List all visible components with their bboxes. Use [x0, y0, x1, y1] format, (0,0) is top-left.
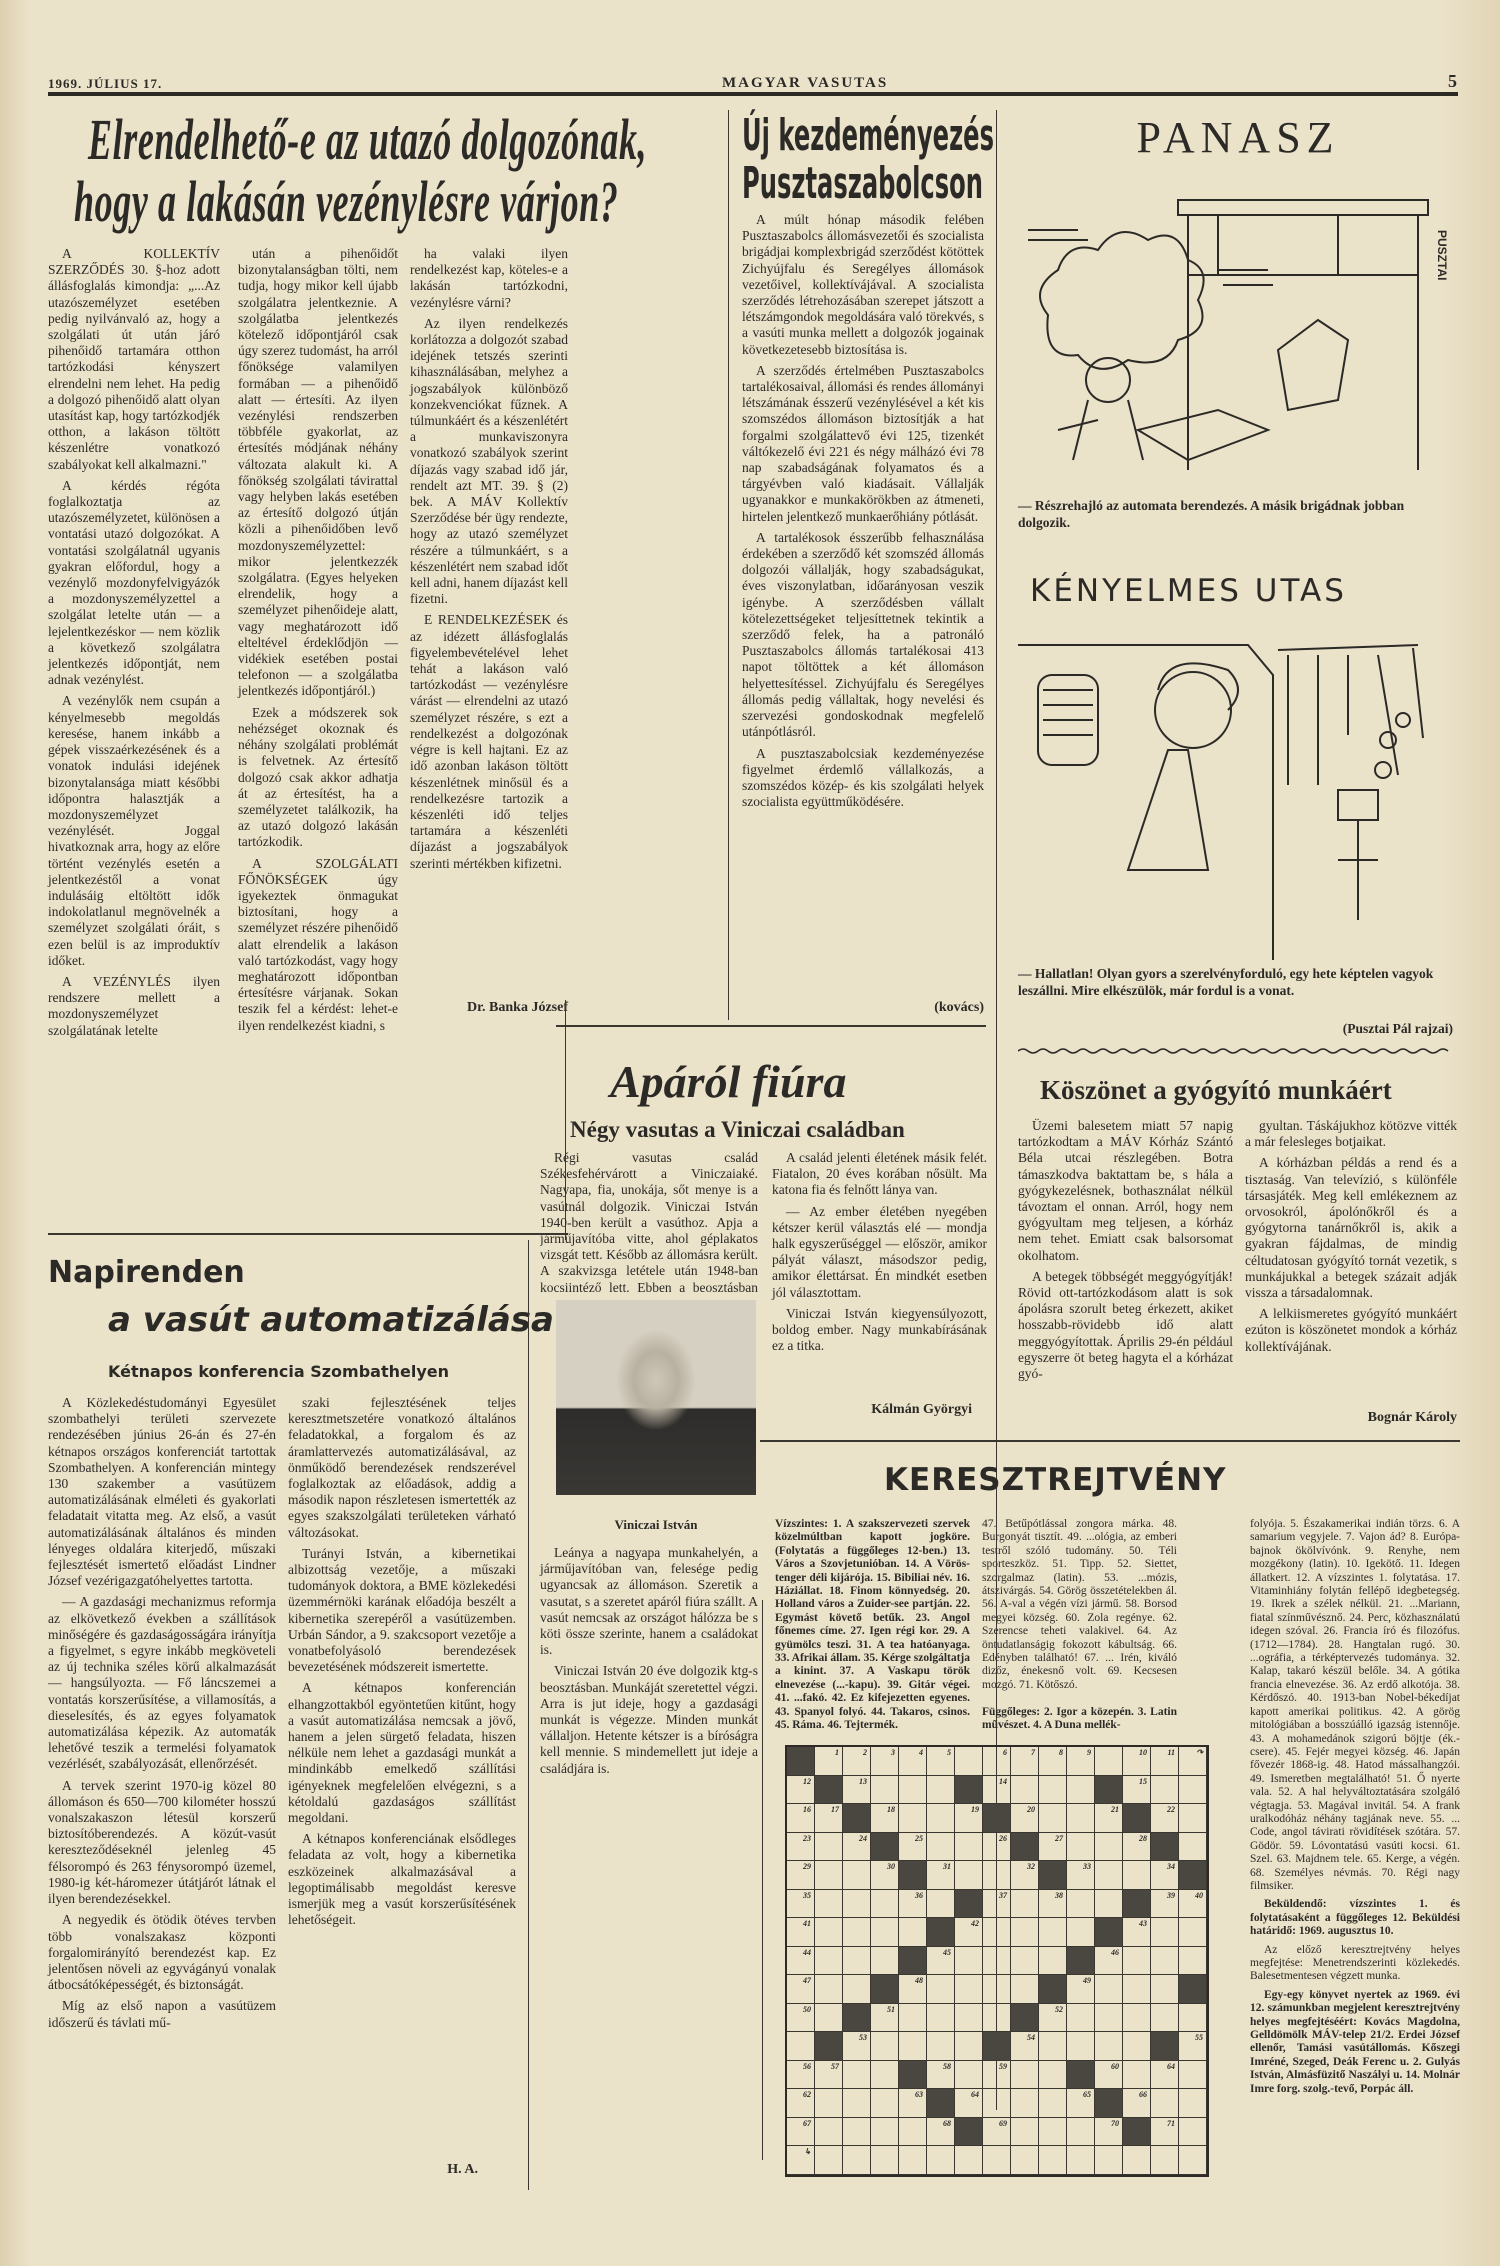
crossword-cell[interactable]: 22 — [1151, 1804, 1179, 1833]
crossword-cell[interactable] — [1011, 1975, 1039, 2004]
cell-number: 33 — [1083, 1862, 1091, 1871]
crossword-cell[interactable]: 39 — [1151, 1890, 1179, 1919]
crossword-cell[interactable]: 50 — [787, 2004, 815, 2033]
crossword-cell[interactable]: 28 — [1123, 1833, 1151, 1862]
crossword-cell[interactable] — [1151, 1918, 1179, 1947]
cell-number: 40 — [1195, 1891, 1203, 1900]
crossword-cell[interactable] — [1011, 1776, 1039, 1805]
crossword-cell[interactable] — [1179, 2118, 1207, 2147]
crossword-cell[interactable] — [955, 2146, 983, 2175]
crossword-cell[interactable] — [1039, 1804, 1067, 1833]
crossword-cell[interactable]: 31 — [927, 1861, 955, 1890]
crossword-cell[interactable]: 40 — [1179, 1890, 1207, 1919]
crossword-cell[interactable] — [1179, 1833, 1207, 1862]
cell-number: 44 — [803, 1948, 811, 1957]
crossword-cell[interactable]: 62 — [787, 2089, 815, 2118]
napirenden-headline-line2: a vasút automatizálása — [108, 1300, 554, 1340]
crossword-cell[interactable] — [871, 1890, 899, 1919]
crossword-cell[interactable] — [1039, 1918, 1067, 1947]
crossword-cell[interactable]: 18 — [871, 1804, 899, 1833]
crossword-block-cell — [899, 1947, 927, 1976]
crossword-cell[interactable] — [843, 1861, 871, 1890]
crossword-cell[interactable] — [871, 1776, 899, 1805]
crossword-cell[interactable]: 8 — [1039, 1747, 1067, 1776]
crossword-clues-across-1: Vízszintes: 1. A szakszervezeti szervek … — [775, 1518, 970, 1733]
crossword-cell[interactable]: 3 — [871, 1747, 899, 1776]
crossword-cell[interactable]: 48 — [899, 1975, 927, 2004]
crossword-cell[interactable] — [1067, 1804, 1095, 1833]
cell-number: 59 — [999, 2062, 1007, 2071]
crossword-cell[interactable] — [955, 1947, 983, 1976]
pusztaszabolcs-body: A múlt hónap második felében Pusztaszabo… — [742, 212, 984, 992]
cell-number: 2 — [863, 1748, 867, 1757]
crossword-cell[interactable] — [815, 1861, 843, 1890]
crossword-cell[interactable]: ↳ — [787, 2146, 815, 2175]
crossword-cell[interactable] — [1011, 1890, 1039, 1919]
crossword-cell[interactable] — [1123, 1947, 1151, 1976]
crossword-cell[interactable]: 41 — [787, 1918, 815, 1947]
crossword-cell[interactable]: 23 — [787, 1833, 815, 1862]
section-divider — [556, 1025, 986, 1027]
main-article-col2: után a pihenőidőt bizonytalanságban tölt… — [238, 246, 398, 1246]
crossword-cell[interactable] — [1039, 1776, 1067, 1805]
koszonet-byline: Bognár Károly — [1245, 1410, 1457, 1426]
crossword-cell[interactable]: 64 — [955, 2089, 983, 2118]
crossword-cell[interactable] — [1011, 2089, 1039, 2118]
clue-text: 47. Betűpótlással zongora márka. 48. Bur… — [982, 1518, 1177, 1691]
crossword-cell[interactable] — [843, 1947, 871, 1976]
cell-number: 43 — [1139, 1919, 1147, 1928]
crossword-cell[interactable] — [1011, 1918, 1039, 1947]
cell-number: 60 — [1111, 2062, 1119, 2071]
crossword-cell[interactable] — [815, 1947, 843, 1976]
crossword-cell[interactable] — [1179, 2089, 1207, 2118]
cell-number: 49 — [1083, 1976, 1091, 1985]
cell-number: 3 — [891, 1748, 895, 1757]
cell-number: 65 — [1083, 2090, 1091, 2099]
crossword-cell[interactable] — [955, 2032, 983, 2061]
crossword-cell[interactable] — [983, 2004, 1011, 2033]
crossword-cell[interactable]: 56 — [787, 2061, 815, 2090]
crossword-cell[interactable] — [1179, 2061, 1207, 2090]
crossword-cell[interactable] — [1151, 1776, 1179, 1805]
crossword-cell[interactable]: 42 — [955, 1918, 983, 1947]
crossword-cell[interactable] — [815, 2146, 843, 2175]
crossword-cell[interactable] — [1151, 2089, 1179, 2118]
crossword-cell[interactable] — [1095, 1975, 1123, 2004]
crossword-cell[interactable] — [1039, 2089, 1067, 2118]
cell-number: 16 — [803, 1805, 811, 1814]
crossword-block-cell — [1123, 1890, 1151, 1919]
crossword-cell[interactable] — [1067, 1833, 1095, 1862]
crossword-cell[interactable] — [843, 1975, 871, 2004]
crossword-cell[interactable] — [1011, 2146, 1039, 2175]
crossword-cell[interactable]: 7 — [1011, 1747, 1039, 1776]
crossword-cell[interactable] — [1067, 2146, 1095, 2175]
crossword-cell[interactable] — [955, 1861, 983, 1890]
crossword-block-cell — [1067, 2061, 1095, 2090]
crossword-cell[interactable] — [899, 2032, 927, 2061]
crossword-block-cell — [983, 2032, 1011, 2061]
masthead-rule — [48, 92, 1458, 96]
crossword-cell[interactable]: 12 — [787, 1776, 815, 1805]
crossword-cell[interactable]: ↷ — [1179, 1747, 1207, 1776]
crossword-cell[interactable]: 59 — [983, 2061, 1011, 2090]
crossword-cell[interactable]: 65 — [1067, 2089, 1095, 2118]
napirenden-byline: H. A. — [288, 2162, 478, 2178]
aparol-col1-bottom: Leánya a nagyapa munkahelyén, a járműjav… — [540, 1545, 758, 1782]
crossword-cell[interactable]: 68 — [927, 2118, 955, 2147]
crossword-cell[interactable] — [871, 2089, 899, 2118]
crossword-block-cell — [899, 1861, 927, 1890]
crossword-cell[interactable] — [955, 2004, 983, 2033]
crossword-cell[interactable]: 2 — [843, 1747, 871, 1776]
crossword-cell[interactable] — [955, 1747, 983, 1776]
crossword-cell[interactable] — [1123, 1861, 1151, 1890]
newspaper-title: MAGYAR VASUTAS — [722, 75, 888, 92]
cell-number: 69 — [999, 2119, 1007, 2128]
cell-number: 11 — [1167, 1748, 1175, 1757]
crossword-cell[interactable]: 27 — [1039, 1833, 1067, 1862]
crossword-cell[interactable] — [1095, 2032, 1123, 2061]
panasz-caption: — Részrehajló az automata berendezés. A … — [1018, 497, 1458, 531]
crossword-cell[interactable] — [1011, 1947, 1039, 1976]
crossword-cell[interactable] — [1179, 2146, 1207, 2175]
cell-number: 36 — [915, 1891, 923, 1900]
main-article-col3: ha valaki ilyen rendelkezést kap, kötele… — [410, 246, 568, 926]
crossword-cell[interactable] — [1011, 2061, 1039, 2090]
crossword-cell[interactable] — [1095, 1890, 1123, 1919]
paragraph: Az ilyen rendelkezés korlátozza a dolgoz… — [410, 316, 568, 608]
crossword-cell[interactable] — [983, 2146, 1011, 2175]
cell-number: 4 — [919, 1748, 923, 1757]
cell-number: 54 — [1027, 2033, 1035, 2042]
crossword-cell[interactable]: 46 — [1095, 1947, 1123, 1976]
crossword-cell[interactable] — [1123, 2032, 1151, 2061]
crossword-cell[interactable] — [927, 1804, 955, 1833]
crossword-cell[interactable] — [1151, 1947, 1179, 1976]
crossword-cell[interactable] — [871, 1918, 899, 1947]
section-divider — [760, 1440, 1460, 1442]
crossword-block-cell — [1039, 1975, 1067, 2004]
crossword-cell[interactable]: 35 — [787, 1890, 815, 1919]
crossword-cell[interactable] — [1039, 2146, 1067, 2175]
cell-number: 12 — [803, 1777, 811, 1786]
crossword-cell[interactable] — [1067, 2118, 1095, 2147]
crossword-cell[interactable]: 26 — [983, 1833, 1011, 1862]
crossword-cell[interactable]: 69 — [983, 2118, 1011, 2147]
cell-number: 47 — [803, 1976, 811, 1985]
crossword-cell[interactable] — [1039, 2118, 1067, 2147]
paragraph: Üzemi balesetem miatt 57 napig tartózkod… — [1018, 1118, 1233, 1264]
paragraph: A kérdés régóta foglalkoztatja az utazós… — [48, 478, 220, 689]
crossword-cell[interactable] — [1179, 1947, 1207, 1976]
crossword-cell[interactable] — [1095, 2004, 1123, 2033]
paragraph: A tartalékosok ésszerűbb felhasználása é… — [742, 530, 984, 741]
crossword-cell[interactable] — [815, 2089, 843, 2118]
crossword-cell[interactable]: 64 — [1151, 2061, 1179, 2090]
cell-number: 17 — [831, 1805, 839, 1814]
crossword-cell[interactable]: 47 — [787, 1975, 815, 2004]
crossword-block-cell — [1011, 1833, 1039, 1862]
crossword-cell[interactable]: 10 — [1123, 1747, 1151, 1776]
crossword-cell[interactable] — [983, 1861, 1011, 1890]
crossword-cell[interactable]: 37 — [983, 1890, 1011, 1919]
crossword-cell[interactable] — [1067, 2004, 1095, 2033]
crossword-cell[interactable]: 43 — [1123, 1918, 1151, 1947]
aparol-byline: Kálmán Györgyi — [772, 1402, 972, 1418]
paragraph: A kétnapos konferencián elhangzottakból … — [288, 1680, 516, 1826]
paragraph: Leánya a nagyapa munkahelyén, a járműjav… — [540, 1545, 758, 1658]
cell-number: ↳ — [804, 2147, 811, 2156]
crossword-cell[interactable]: 54 — [1011, 2032, 1039, 2061]
main-headline-line1: Elrendelhető-e az utazó dolgozónak, — [88, 110, 647, 170]
crossword-cell[interactable] — [1095, 1833, 1123, 1862]
crossword-cell[interactable] — [1095, 2146, 1123, 2175]
crossword-block-cell — [1011, 2004, 1039, 2033]
crossword-cell[interactable]: 36 — [899, 1890, 927, 1919]
kenyelmes-title: KÉNYELMES UTAS — [1030, 573, 1470, 609]
napirenden-subhead: Kétnapos konferencia Szombathelyen — [108, 1362, 449, 1381]
crossword-cell[interactable]: 45 — [927, 1947, 955, 1976]
crossword-cell[interactable] — [815, 1833, 843, 1862]
cell-number: 64 — [1167, 2062, 1175, 2071]
crossword-cell[interactable] — [1123, 2061, 1151, 2090]
paragraph: Míg az első napon a vasútüzem időszerű é… — [48, 1998, 276, 2030]
crossword-cell[interactable] — [1039, 2061, 1067, 2090]
crossword-cell[interactable] — [1095, 1861, 1123, 1890]
crossword-cell[interactable]: 38 — [1039, 1890, 1067, 1919]
crossword-cell[interactable]: 17 — [815, 1804, 843, 1833]
crossword-cell[interactable] — [899, 2004, 927, 2033]
crossword-cell[interactable]: 20 — [1011, 1804, 1039, 1833]
cell-number: 18 — [887, 1805, 895, 1814]
crossword-cell[interactable]: 11 — [1151, 1747, 1179, 1776]
crossword-cell[interactable]: 30 — [871, 1861, 899, 1890]
crossword-cell[interactable]: 4 — [899, 1747, 927, 1776]
cell-number: 67 — [803, 2119, 811, 2128]
cell-number: 48 — [915, 1976, 923, 1985]
paragraph: A vezénylők nem csupán a kényelmesebb me… — [48, 693, 220, 968]
crossword-cell[interactable] — [1123, 2146, 1151, 2175]
crossword-cell[interactable]: 55 — [1179, 2032, 1207, 2061]
crossword-cell[interactable] — [815, 2118, 843, 2147]
crossword-cell[interactable] — [927, 2146, 955, 2175]
crossword-cell[interactable]: 13 — [843, 1776, 871, 1805]
crossword-cell[interactable] — [815, 2004, 843, 2033]
crossword-cell[interactable] — [871, 2032, 899, 2061]
paragraph: szaki fejlesztésének teljes keresztmetsz… — [288, 1395, 516, 1541]
crossword-cell[interactable] — [1039, 2032, 1067, 2061]
crossword-cell[interactable] — [843, 2061, 871, 2090]
cell-number: 45 — [943, 1948, 951, 1957]
cell-number: 50 — [803, 2005, 811, 2014]
cell-number: ↷ — [1196, 1748, 1203, 1757]
aparol-subhead: Négy vasutas a Viniczai családban — [570, 1117, 905, 1143]
crossword-cell[interactable] — [1011, 2118, 1039, 2147]
crossword-cell[interactable] — [843, 2118, 871, 2147]
cell-number: 55 — [1195, 2033, 1203, 2042]
cell-number: 46 — [1111, 1948, 1119, 1957]
crossword-cell[interactable] — [787, 2032, 815, 2061]
crossword-cell[interactable] — [1179, 1776, 1207, 1805]
crossword-cell[interactable]: 63 — [899, 2089, 927, 2118]
crossword-cell[interactable]: 52 — [1039, 2004, 1067, 2033]
crossword-clues-across-2: 47. Betűpótlással zongora márka. 48. Bur… — [982, 1518, 1177, 1733]
crossword-cell[interactable]: 51 — [871, 2004, 899, 2033]
crossword-grid[interactable]: 1234567891011↷12131415161718192021222324… — [785, 1745, 1209, 2177]
napirenden-col2: szaki fejlesztésének teljes keresztmetsz… — [288, 1395, 516, 1934]
crossword-cell[interactable] — [899, 1918, 927, 1947]
crossword-cell[interactable] — [1151, 2004, 1179, 2033]
crossword-cell[interactable] — [871, 2118, 899, 2147]
crossword-cell[interactable] — [815, 1890, 843, 1919]
crossword-cell[interactable] — [843, 1890, 871, 1919]
paragraph: A szerződés értelmében Pusztaszabolcs ta… — [742, 363, 984, 525]
crossword-cell[interactable] — [1179, 1918, 1207, 1947]
crossword-cell[interactable]: 21 — [1095, 1804, 1123, 1833]
crossword-block-cell — [871, 1975, 899, 2004]
crossword-cell[interactable] — [899, 1776, 927, 1805]
crossword-title: KERESZTREJTVÉNY — [884, 1462, 1226, 1498]
crossword-cell[interactable] — [983, 2089, 1011, 2118]
paragraph: — Az ember életében nyegében kétszer ker… — [772, 1204, 987, 1301]
crossword-cell[interactable] — [843, 2089, 871, 2118]
kenyelmes-cartoon-illustration — [1018, 640, 1458, 960]
crossword-cell[interactable] — [871, 2061, 899, 2090]
crossword-cell[interactable]: 70 — [1095, 2118, 1123, 2147]
cell-number: 38 — [1055, 1891, 1063, 1900]
cartoon-credit: (Pusztai Pál rajzai) — [1018, 1020, 1453, 1037]
crossword-cell[interactable]: 24 — [843, 1833, 871, 1862]
crossword-cell[interactable] — [843, 2146, 871, 2175]
cell-number: 51 — [887, 2005, 895, 2014]
crossword-cell[interactable] — [1123, 1975, 1151, 2004]
cell-number: 52 — [1055, 2005, 1063, 2014]
clue-text: Függőleges: 2. Igor a közepén. 3. Latin … — [982, 1706, 1177, 1731]
crossword-cell[interactable] — [927, 1776, 955, 1805]
paragraph: Turányi István, a kibernetikai albizotts… — [288, 1546, 516, 1676]
crossword-cell[interactable] — [983, 1918, 1011, 1947]
cell-number: 8 — [1059, 1748, 1063, 1757]
masthead: 1969. JÚLIUS 17. MAGYAR VASUTAS 5 — [48, 66, 1458, 92]
crossword-cell[interactable] — [1151, 2146, 1179, 2175]
crossword-cell[interactable]: 9 — [1067, 1747, 1095, 1776]
crossword-cell[interactable]: 49 — [1067, 1975, 1095, 2004]
aparol-headline: Apáról fiúra — [610, 1055, 846, 1108]
page-number: 5 — [1448, 71, 1458, 92]
cell-number: 62 — [803, 2090, 811, 2099]
crossword-cell[interactable]: 19 — [955, 1804, 983, 1833]
crossword-cell[interactable]: 34 — [1151, 1861, 1179, 1890]
crossword-cell[interactable]: 66 — [1123, 2089, 1151, 2118]
cell-number: 56 — [803, 2062, 811, 2071]
crossword-cell[interactable]: 5 — [927, 1747, 955, 1776]
cell-number: 63 — [915, 2090, 923, 2099]
crossword-cell[interactable] — [927, 1833, 955, 1862]
crossword-block-cell — [1151, 2032, 1179, 2061]
crossword-cell[interactable] — [1123, 2004, 1151, 2033]
crossword-cell[interactable] — [927, 2004, 955, 2033]
cell-number: 13 — [859, 1777, 867, 1786]
crossword-cell[interactable]: 25 — [899, 1833, 927, 1862]
paragraph: A pusztaszabolcsiak kezdeményezése figye… — [742, 746, 984, 811]
crossword-cell[interactable] — [815, 1918, 843, 1947]
crossword-cell[interactable] — [871, 2146, 899, 2175]
cell-number: 22 — [1167, 1805, 1175, 1814]
paragraph: A negyedik és ötödik ötéves tervben több… — [48, 1912, 276, 1993]
crossword-cell[interactable] — [955, 2061, 983, 2090]
crossword-cell[interactable] — [1095, 1747, 1123, 1776]
cell-number: 66 — [1139, 2090, 1147, 2099]
crossword-cell[interactable] — [899, 1804, 927, 1833]
crossword-cell[interactable] — [1067, 1918, 1095, 1947]
crossword-cell[interactable] — [983, 1947, 1011, 1976]
crossword-cell[interactable]: 58 — [927, 2061, 955, 2090]
crossword-cell[interactable] — [1067, 1776, 1095, 1805]
crossword-cell[interactable] — [899, 2146, 927, 2175]
crossword-cell[interactable] — [871, 1947, 899, 1976]
cell-number: 25 — [915, 1834, 923, 1843]
crossword-cell[interactable]: 67 — [787, 2118, 815, 2147]
crossword-cell[interactable]: 29 — [787, 1861, 815, 1890]
kenyelmes-caption: — Hallatlan! Olyan gyors a szerelvényfor… — [1018, 965, 1458, 999]
koszonet-col1: Üzemi balesetem miatt 57 napig tartózkod… — [1018, 1118, 1233, 1387]
cell-number: 42 — [971, 1919, 979, 1928]
crossword-cell[interactable] — [927, 2032, 955, 2061]
crossword-cell[interactable] — [983, 1975, 1011, 2004]
paragraph: Ezek a módszerek sok nehézséget okoznak … — [238, 705, 398, 851]
cell-number: 31 — [943, 1862, 951, 1871]
crossword-cell[interactable] — [1067, 2032, 1095, 2061]
crossword-cell[interactable] — [1151, 1975, 1179, 2004]
photo-caption: Viniczai István — [556, 1517, 756, 1533]
crossword-cell[interactable] — [1179, 2004, 1207, 2033]
crossword-cell[interactable]: 6 — [983, 1747, 1011, 1776]
crossword-cell[interactable]: 33 — [1067, 1861, 1095, 1890]
crossword-cell[interactable]: 1 — [815, 1747, 843, 1776]
crossword-block-cell — [1095, 1918, 1123, 1947]
section-divider — [48, 1233, 568, 1235]
crossword-cell[interactable] — [1067, 1890, 1095, 1919]
crossword-cell[interactable]: 44 — [787, 1947, 815, 1976]
crossword-cell[interactable]: 53 — [843, 2032, 871, 2061]
crossword-cell[interactable] — [899, 2118, 927, 2147]
crossword-cell[interactable]: 14 — [983, 1776, 1011, 1805]
crossword-block-cell — [983, 1804, 1011, 1833]
crossword-cell[interactable]: 32 — [1011, 1861, 1039, 1890]
crossword-cell[interactable] — [843, 1918, 871, 1947]
cell-number: 6 — [1003, 1748, 1007, 1757]
newspaper-page: 1969. JÚLIUS 17. MAGYAR VASUTAS 5 Elrend… — [0, 0, 1500, 2266]
crossword-cell[interactable] — [955, 1833, 983, 1862]
crossword-cell[interactable]: 57 — [815, 2061, 843, 2090]
crossword-cell[interactable] — [1179, 1804, 1207, 1833]
crossword-block-cell — [815, 1776, 843, 1805]
paragraph: gyultan. Táskájukhoz kötözve vitték a má… — [1245, 1118, 1457, 1150]
crossword-cell[interactable]: 71 — [1151, 2118, 1179, 2147]
crossword-cell[interactable]: 16 — [787, 1804, 815, 1833]
cell-number: 9 — [1087, 1748, 1091, 1757]
crossword-cell[interactable] — [955, 1975, 983, 2004]
cell-number: 71 — [1167, 2119, 1175, 2128]
crossword-cell[interactable]: 60 — [1095, 2061, 1123, 2090]
crossword-cell[interactable] — [815, 1975, 843, 2004]
crossword-cell[interactable]: 15 — [1123, 1776, 1151, 1805]
crossword-cell[interactable] — [927, 1890, 955, 1919]
crossword-cell[interactable] — [1039, 1947, 1067, 1976]
crossword-cell[interactable] — [927, 1975, 955, 2004]
